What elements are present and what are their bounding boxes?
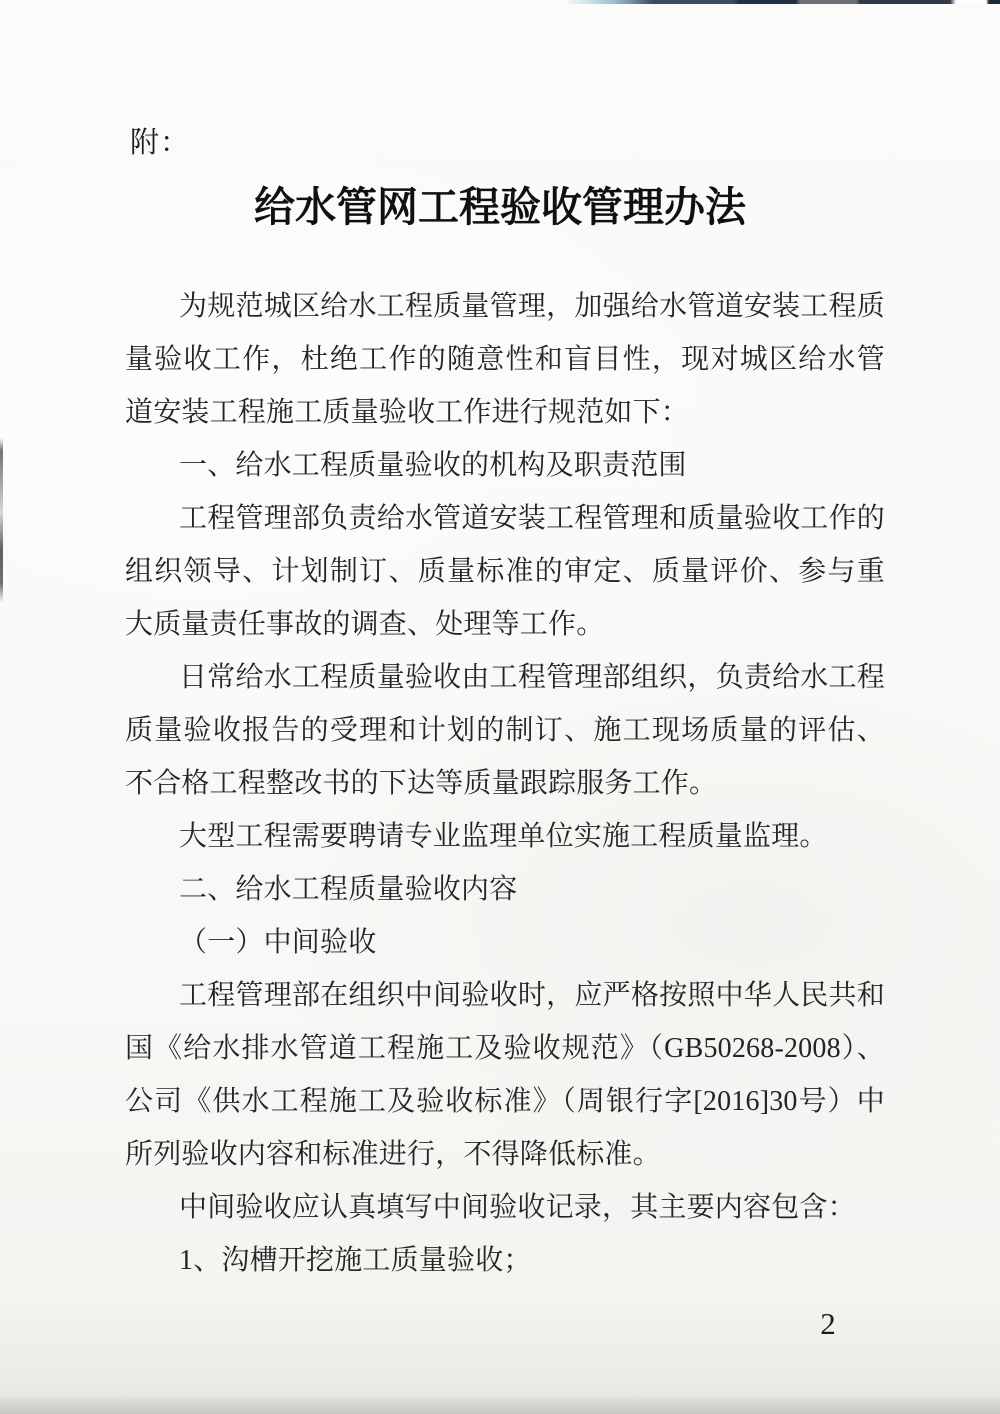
scan-artifact-bottom-shade <box>0 1396 1000 1414</box>
page-number: 2 <box>808 1303 848 1345</box>
scan-artifact-top-strip <box>568 0 1000 4</box>
attachment-label: 附： <box>130 124 190 162</box>
section-heading-1: 一、给水工程质量验收的机构及职责范围 <box>125 439 885 492</box>
scan-artifact-left-streak <box>0 438 3 603</box>
list-item-trench-excavation: 1、沟槽开挖施工质量验收； <box>125 1234 885 1287</box>
paragraph-daily-acceptance: 日常给水工程质量验收由工程管理部组织，负责给水工程质量验收报告的受理和计划的制订… <box>125 651 885 810</box>
paragraph-large-projects: 大型工程需要聘请专业监理单位实施工程质量监理。 <box>125 810 885 863</box>
paragraph-record-requirement: 中间验收应认真填写中间验收记录，其主要内容包含： <box>125 1181 885 1234</box>
paragraph-intermediate-standards: 工程管理部在组织中间验收时，应严格按照中华人民共和国《给水排水管道工程施工及验收… <box>125 969 885 1181</box>
section-heading-2: 二、给水工程质量验收内容 <box>125 863 885 916</box>
intro-paragraph: 为规范城区给水工程质量管理，加强给水管道安装工程质量验收工作，杜绝工作的随意性和… <box>125 280 885 439</box>
subsection-heading-intermediate: （一）中间验收 <box>125 916 885 969</box>
paragraph-dept-duties: 工程管理部负责给水管道安装工程管理和质量验收工作的组织领导、计划制订、质量标准的… <box>125 492 885 651</box>
scanned-document-page: 附： 给水管网工程验收管理办法 为规范城区给水工程质量管理，加强给水管道安装工程… <box>0 0 1000 1414</box>
document-body: 为规范城区给水工程质量管理，加强给水管道安装工程质量验收工作，杜绝工作的随意性和… <box>125 280 885 1287</box>
document-title: 给水管网工程验收管理办法 <box>0 181 1000 233</box>
